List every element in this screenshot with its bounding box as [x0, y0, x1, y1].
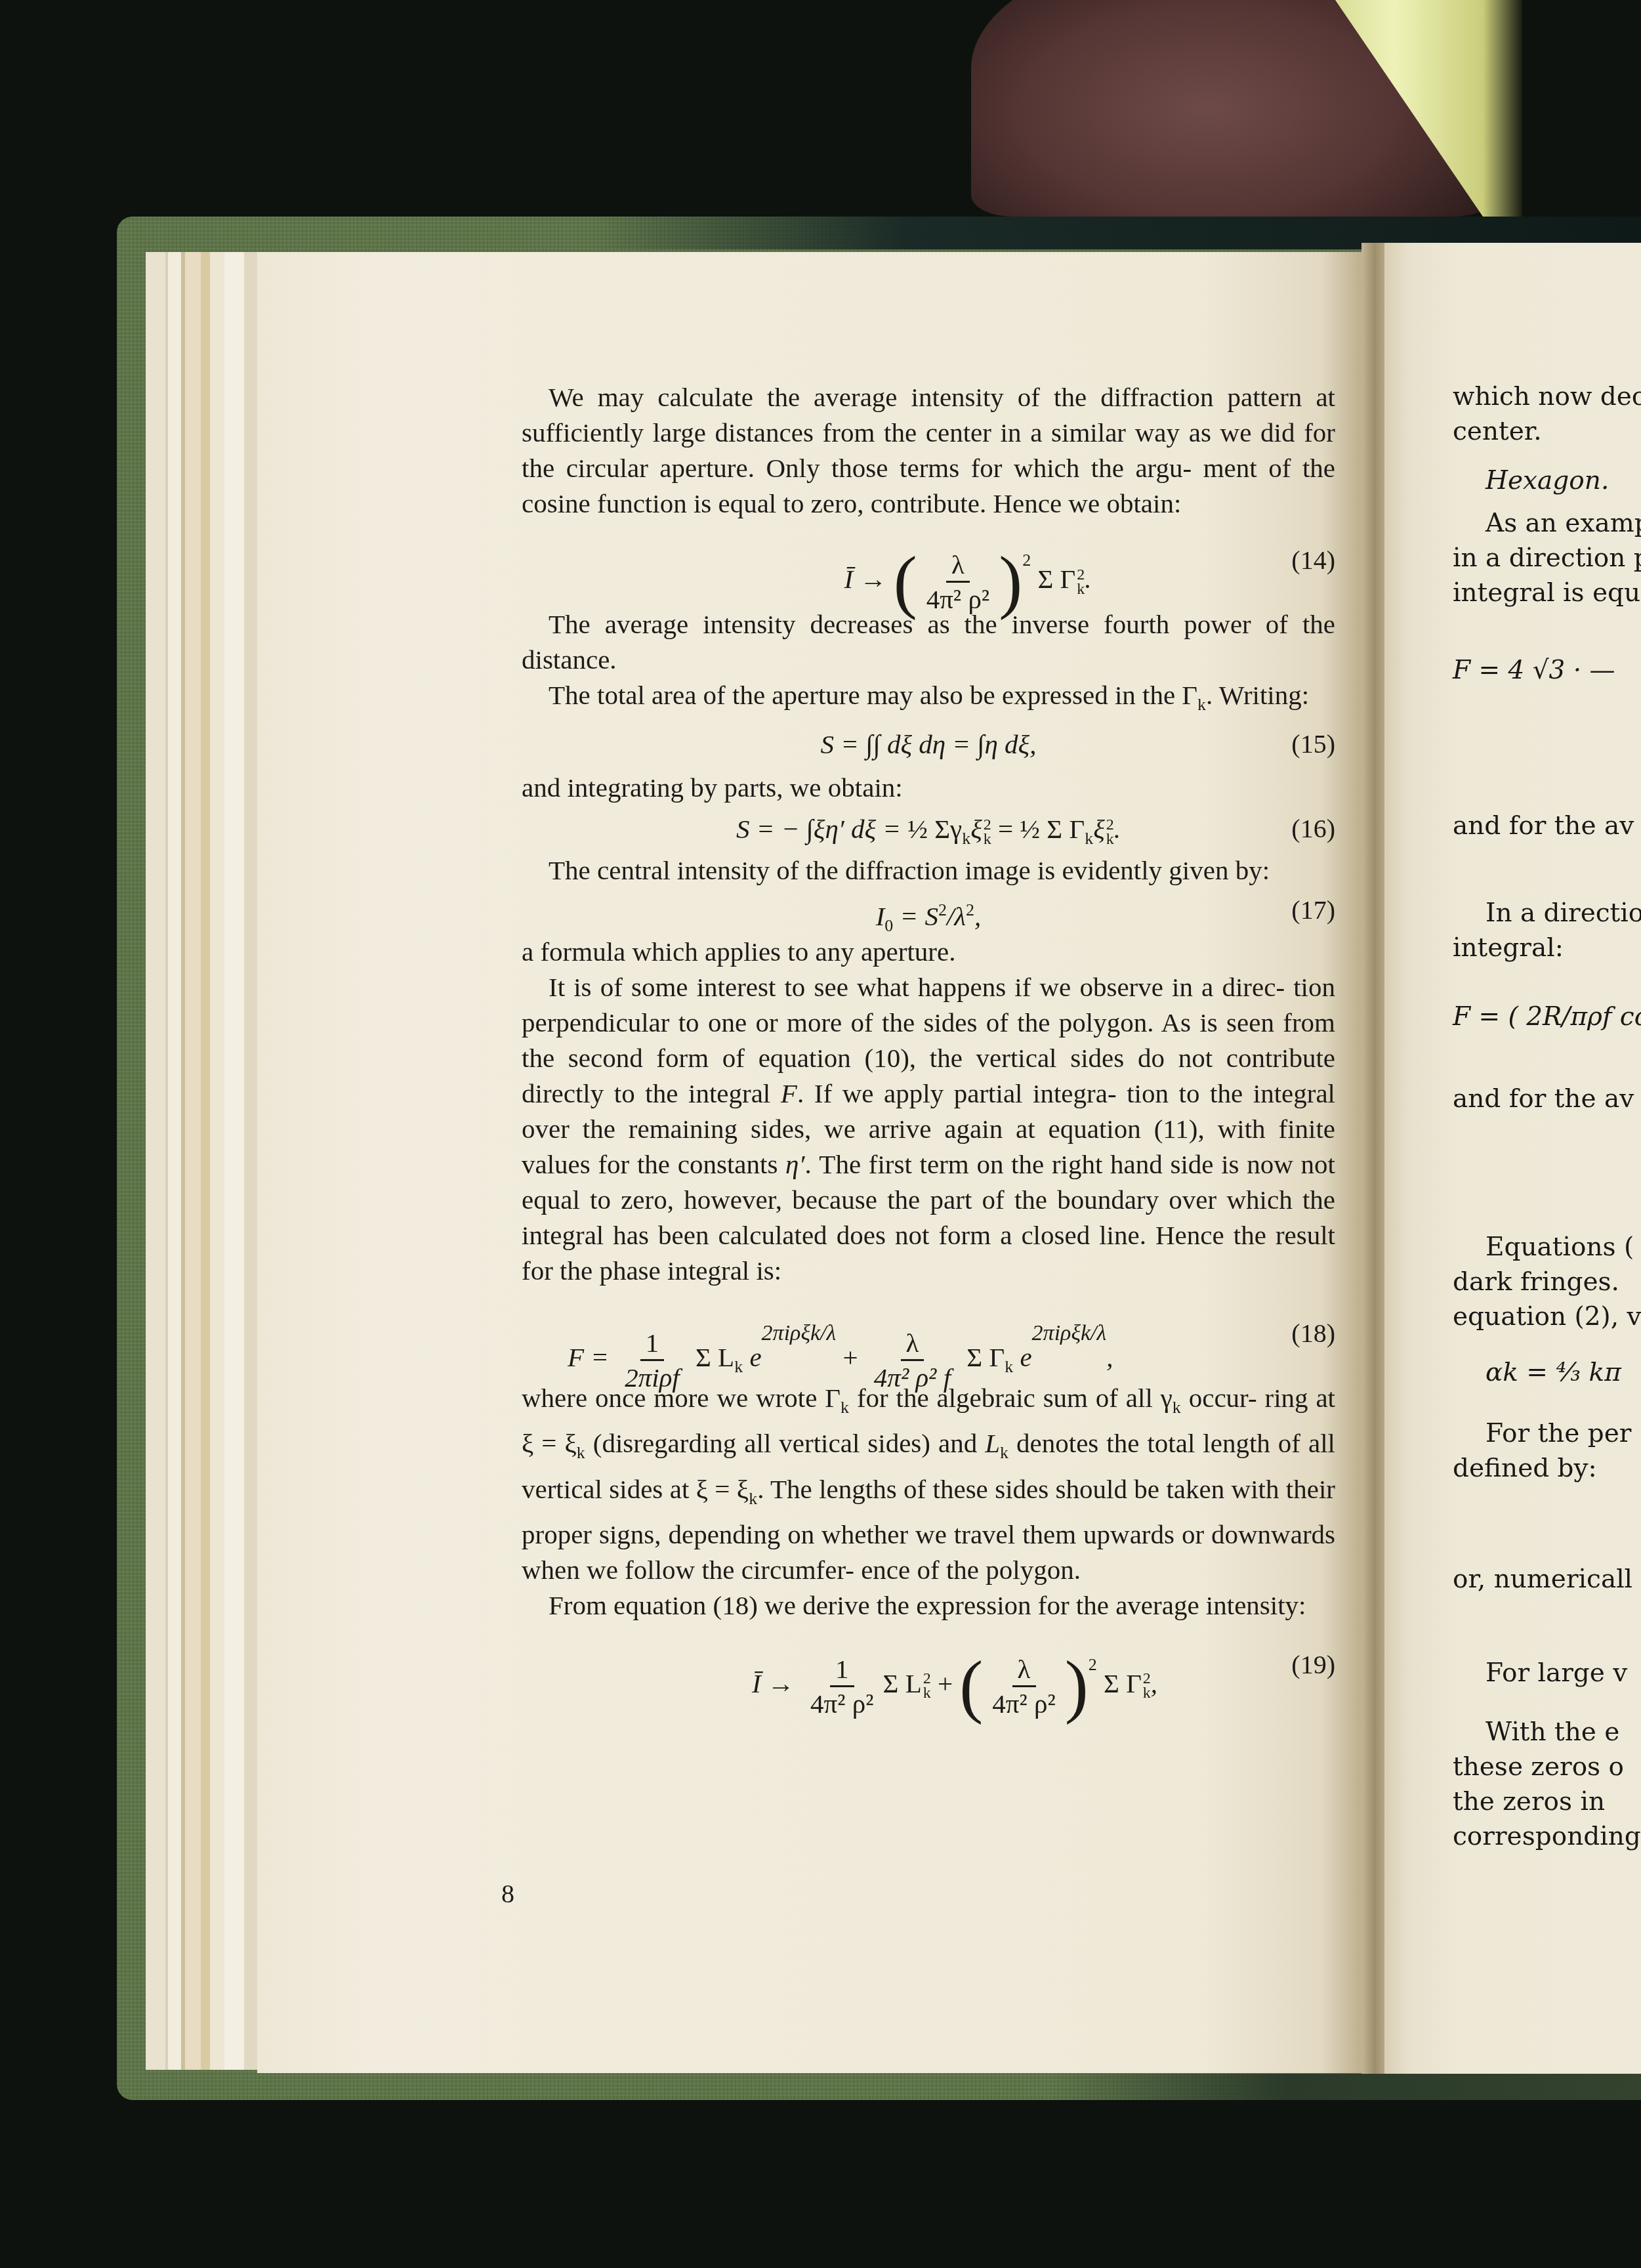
- right-page-line: With the e: [1485, 1715, 1619, 1750]
- right-page-line: in a direction p: [1453, 541, 1641, 576]
- right-page-line: dark fringes.: [1453, 1265, 1619, 1299]
- sup: 2: [1106, 818, 1114, 832]
- sup: 2: [938, 900, 947, 919]
- text: occur-: [1181, 1383, 1257, 1413]
- fraction: λ4π² ρ²: [987, 1652, 1061, 1720]
- right-page-line: In a directio: [1485, 896, 1641, 931]
- denominator: 4π² ρ²: [921, 583, 995, 616]
- subscript: k: [577, 1444, 585, 1463]
- equation-number: (16): [1291, 808, 1335, 850]
- sub: k: [1143, 1686, 1151, 1700]
- paragraph-9: From equation (18) we derive the express…: [522, 1587, 1335, 1623]
- sum: Σ L: [883, 1668, 922, 1698]
- denominator: 4π² ρ²: [805, 1687, 879, 1720]
- equation-18: F = 12πiρf Σ Lk e2πiρξk/λ + λ4π² ρ² f Σ …: [522, 1291, 1335, 1376]
- fraction: λ4π² ρ²: [921, 548, 995, 616]
- subscript: k: [1173, 1398, 1181, 1417]
- page-block-edges: [146, 252, 257, 2070]
- paragraph-1: We may calculate the average intensity o…: [522, 379, 1335, 521]
- equation-body: Ī → (λ4π² ρ²)2 Σ Γ2k.: [844, 524, 1092, 616]
- math-L: L: [985, 1428, 1000, 1458]
- sup: 2: [1143, 1671, 1151, 1686]
- sum: Σ Γ: [966, 1342, 1005, 1372]
- equation-body: F = 12πiρf Σ Lk e2πiρξk/λ + λ4π² ρ² f Σ …: [568, 1291, 1113, 1410]
- sup-sub: 2k: [923, 1671, 931, 1700]
- numerator: λ: [946, 548, 970, 583]
- eq-lhs: Ī →: [752, 1668, 795, 1698]
- numerator: 1: [640, 1326, 665, 1361]
- right-page-line: the zeros in: [1453, 1784, 1605, 1819]
- fraction: λ4π² ρ² f: [869, 1326, 956, 1394]
- paren-open: (: [959, 1647, 983, 1725]
- right-page-line: As an exampl: [1485, 506, 1641, 541]
- denominator: 4π² ρ²: [987, 1687, 1061, 1720]
- text: . The lengths of these sides: [757, 1474, 1049, 1504]
- right-page-line: For large v: [1485, 1656, 1627, 1690]
- paragraph-4: and integrating by parts, we obtain:: [522, 770, 1335, 805]
- exponent: 2πiρξk/λ: [1032, 1321, 1107, 1345]
- cover-shadow-bottom: [1050, 2074, 1641, 2100]
- text: denotes the: [1008, 1428, 1139, 1458]
- eq-part: .: [1114, 814, 1121, 844]
- equation-16: S = − ∫ξη′ dξ = ½ Σγkξ2k = ½ Σ Γkξ2k. (1…: [522, 808, 1335, 850]
- plus: +: [842, 1342, 858, 1372]
- one-half: ½: [907, 814, 928, 844]
- equation-number: (14): [1291, 524, 1335, 597]
- equation-body: Ī → 14π² ρ²Σ L2k + (λ4π² ρ²)2 Σ Γ2k,: [752, 1626, 1157, 1723]
- sub: k: [984, 832, 991, 847]
- eq-part: /λ: [947, 901, 966, 931]
- right-page-line: equation (2), v: [1453, 1299, 1641, 1334]
- eq-tail: .: [1085, 564, 1091, 594]
- sup: 2: [1077, 568, 1085, 582]
- equation-15: S = ∫∫ dξ dη = ∫η dξ, (15): [522, 725, 1335, 763]
- eq-part: Σ Γ: [1040, 814, 1085, 844]
- sum: Σ L: [696, 1342, 734, 1372]
- fraction: 12πiρf: [619, 1326, 685, 1394]
- text-line: We may calculate the average intensity o…: [549, 382, 1302, 412]
- sup-sub: 2k: [1077, 568, 1085, 597]
- sub: k: [1085, 829, 1093, 848]
- eq-lhs: Ī →: [844, 564, 887, 594]
- numerator: λ: [901, 1326, 924, 1361]
- sup: 2: [923, 1671, 931, 1686]
- right-page-line: For the per: [1485, 1416, 1631, 1451]
- book-gutter: [1361, 243, 1388, 2074]
- text: . The first term on the: [804, 1149, 1044, 1179]
- text-line: It is of some interest to see what happe…: [549, 972, 1285, 1002]
- eq-part: I: [876, 901, 885, 931]
- sub: k: [1005, 1357, 1013, 1376]
- equation-19: Ī → 14π² ρ²Σ L2k + (λ4π² ρ²)2 Σ Γ2k, (19…: [522, 1626, 1335, 1704]
- eq-part: ,: [974, 901, 981, 931]
- sub: k: [1077, 582, 1085, 597]
- right-page: which now deccenter.Hexagon.As an exampl…: [1384, 243, 1641, 2074]
- denominator: 4π² ρ² f: [869, 1361, 956, 1394]
- exponent: 2πiρξk/λ: [762, 1321, 837, 1345]
- subscript: k: [1000, 1444, 1008, 1463]
- eq-part: ξ: [1093, 814, 1105, 844]
- sup: 2: [984, 818, 991, 832]
- sum: Σ Γ: [1104, 1668, 1142, 1698]
- math-F: F: [781, 1078, 797, 1108]
- equation-number: (15): [1291, 725, 1335, 763]
- right-page-line: and for the av: [1453, 1081, 1634, 1116]
- sup-sub: 2k: [1143, 1671, 1151, 1700]
- equation-body: I0 = S2/λ2,: [876, 891, 982, 946]
- text-line: ence of the polygon.: [861, 1555, 1081, 1585]
- right-page-line: Equations (: [1485, 1230, 1634, 1265]
- eq-part: Σγ: [928, 814, 962, 844]
- text: .: [1206, 680, 1213, 710]
- equation-number: (19): [1291, 1626, 1335, 1704]
- math-eta: η′: [785, 1149, 804, 1179]
- eq-part: ξ: [970, 814, 982, 844]
- paragraph-2: The average intensity decreases as the i…: [522, 606, 1335, 677]
- eq-tail: ,: [1106, 1342, 1113, 1372]
- text-line: and integrating by parts, we obtain:: [522, 772, 903, 803]
- text-line: intensity:: [1206, 1590, 1306, 1620]
- text-line: From equation (18) we derive the express…: [549, 1590, 1199, 1620]
- numerator: λ: [1012, 1652, 1036, 1687]
- equation-number: (18): [1291, 1291, 1335, 1376]
- sub: k: [923, 1686, 931, 1700]
- equation-body: S = ∫∫ dξ dη = ∫η dξ,: [821, 725, 1037, 763]
- exponent: 2: [1089, 1655, 1097, 1674]
- right-page-line: Hexagon.: [1485, 463, 1609, 498]
- text-line: Writing:: [1219, 680, 1309, 710]
- eq-part: = S: [893, 901, 938, 931]
- right-page-line: corresponding: [1453, 1819, 1641, 1854]
- right-page-line: defined by:: [1453, 1451, 1597, 1486]
- equation-14: Ī → (λ4π² ρ²)2 Σ Γ2k. (14): [522, 524, 1335, 597]
- equation-number: (17): [1291, 891, 1335, 930]
- eq-part: =: [991, 814, 1020, 844]
- eq-tail: ,: [1151, 1668, 1157, 1698]
- numerator: 1: [830, 1652, 854, 1687]
- right-page-line: integral:: [1453, 931, 1564, 965]
- right-page-line: these zeros o: [1453, 1750, 1624, 1784]
- left-page-text: We may calculate the average intensity o…: [522, 379, 1335, 1707]
- sub: k: [1106, 832, 1114, 847]
- exp-base: e: [749, 1342, 761, 1372]
- sub: k: [962, 829, 970, 848]
- eq-part: S = − ∫ξη′ dξ =: [736, 814, 907, 844]
- exp-base: e: [1020, 1342, 1031, 1372]
- right-page-line: which now dec: [1453, 379, 1641, 414]
- equation-body: S = − ∫ξη′ dξ = ½ Σγkξ2k = ½ Σ Γkξ2k.: [736, 808, 1121, 860]
- eq-lhs: F =: [568, 1342, 609, 1372]
- subscript: k: [1197, 695, 1206, 714]
- page-number: 8: [501, 1878, 514, 1909]
- fraction: 14π² ρ²: [805, 1652, 879, 1720]
- paragraph-7: It is of some interest to see what happe…: [522, 969, 1335, 1288]
- text-line: The total area of the aperture may also …: [549, 680, 1197, 710]
- plus: +: [938, 1668, 953, 1698]
- right-page-line: F = ( 2R/πρf cos π: [1453, 999, 1641, 1034]
- sup: 2: [966, 900, 974, 919]
- denominator: 2πiρf: [619, 1361, 685, 1394]
- right-page-line: integral is equa: [1453, 576, 1641, 610]
- text-line: obtain:: [1106, 488, 1181, 518]
- paragraph-3: The total area of the aperture may also …: [522, 677, 1335, 723]
- sup-sub: 2k: [984, 818, 991, 847]
- paren-close: ): [999, 543, 1022, 621]
- sub: 0: [884, 916, 893, 935]
- right-page-line: or, numericall: [1453, 1562, 1632, 1597]
- right-page-line: F = 4 √3 · —: [1453, 653, 1615, 688]
- subscript: k: [749, 1489, 757, 1508]
- exponent: 2: [1022, 551, 1031, 570]
- text: . If we apply partial integra-: [797, 1078, 1117, 1108]
- equation-17: I0 = S2/λ2, (17): [522, 891, 1335, 930]
- sub: k: [734, 1357, 743, 1376]
- paren-open: (: [894, 543, 917, 621]
- right-page-line: and for the av: [1453, 808, 1634, 843]
- sum: Σ Γ: [1037, 564, 1075, 594]
- paragraph-8: where once more we wrote Γk for the alge…: [522, 1380, 1335, 1587]
- right-page-line: αk = ⁴⁄₃ kπ: [1485, 1355, 1621, 1390]
- sup-sub: 2k: [1106, 818, 1114, 847]
- right-page-line: center.: [1453, 414, 1542, 449]
- paren-close: ): [1065, 1647, 1089, 1725]
- text: (disregarding all vertical sides) and: [585, 1428, 985, 1458]
- one-half: ½: [1020, 814, 1040, 844]
